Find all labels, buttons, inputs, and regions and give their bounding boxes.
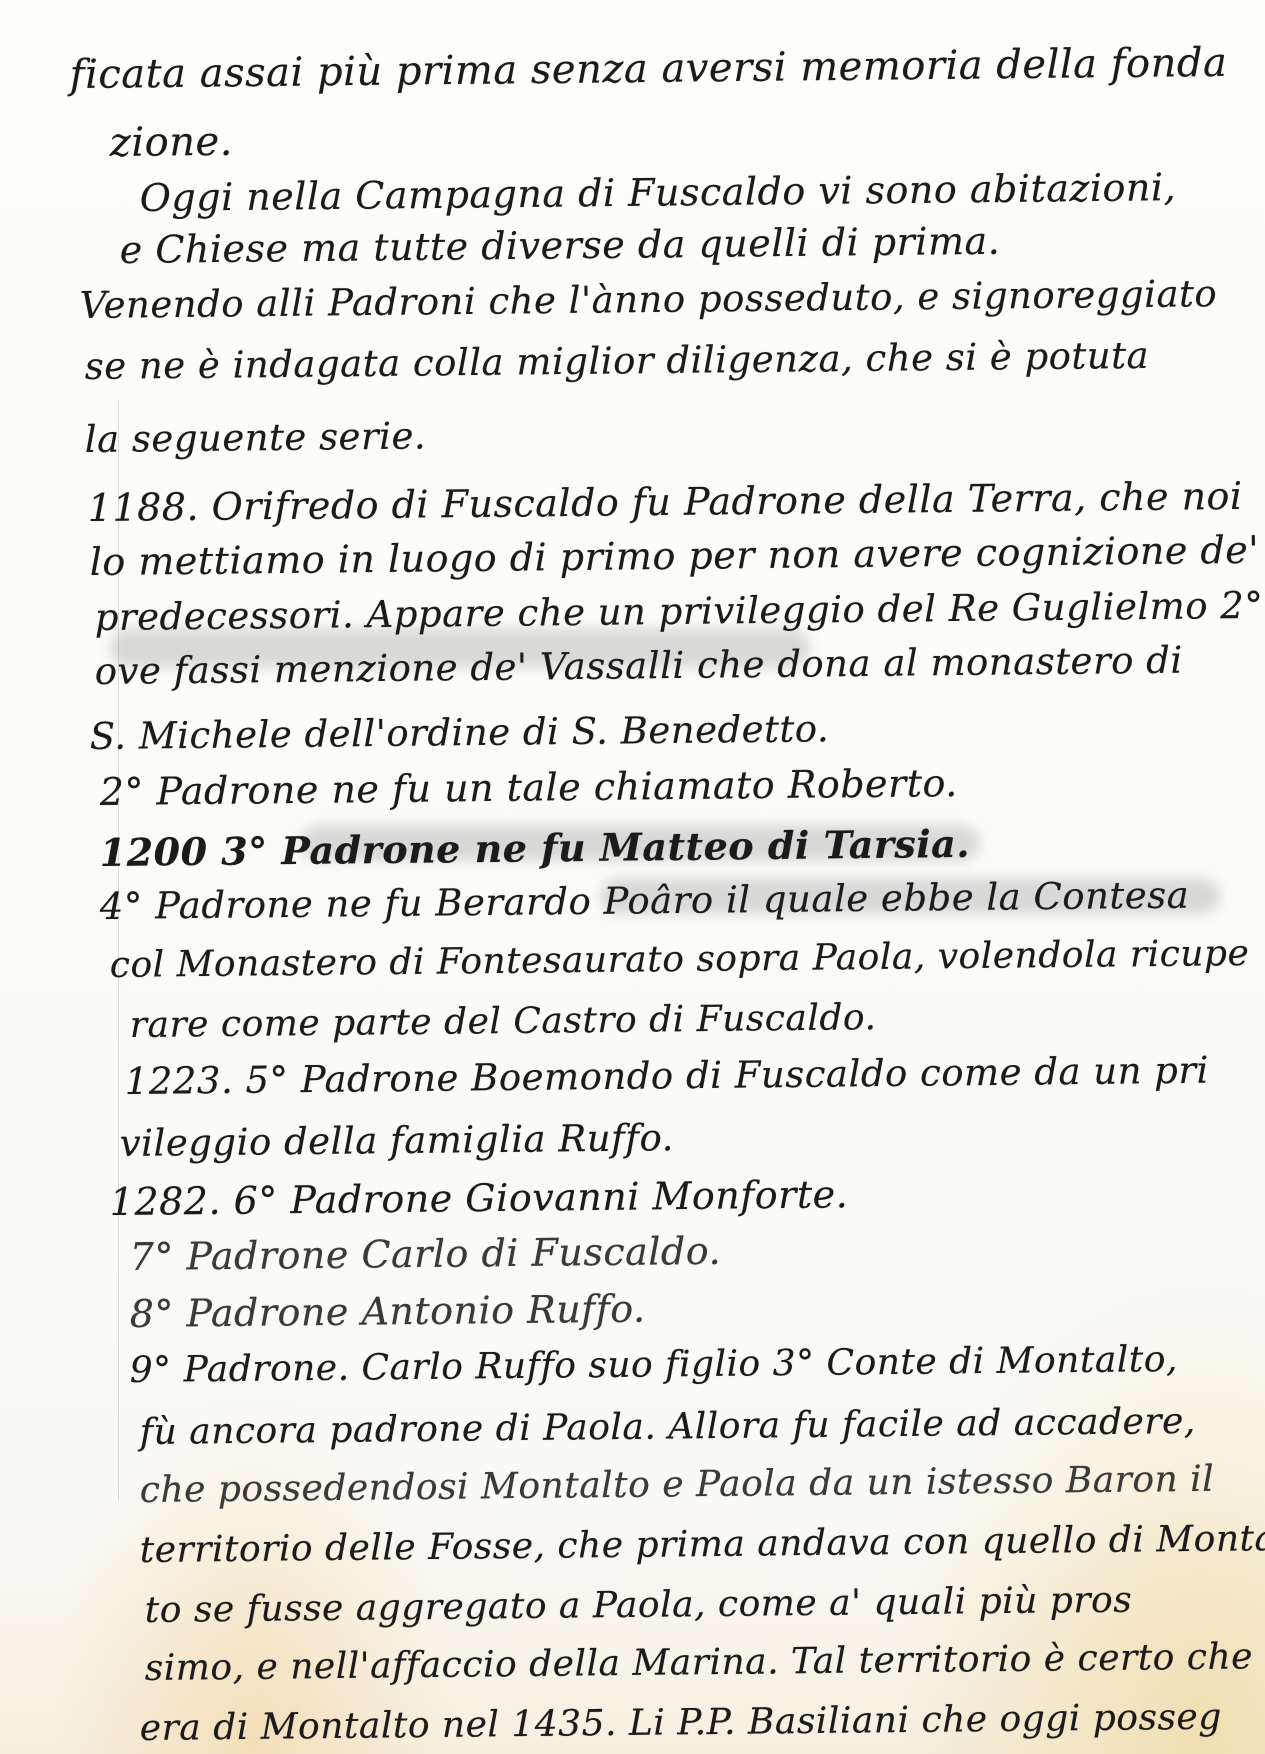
manuscript-line: rare come parte del Castro di Fuscaldo. [130,997,877,1046]
manuscript-line: to se fusse aggregato a Paola, come a' q… [145,1580,1133,1631]
manuscript-line: 4° Padrone ne fu Berardo Poâro il quale … [100,874,1190,928]
manuscript-line: e Chiese ma tutte diverse da quelli di p… [120,219,1001,272]
manuscript-line: territorio delle Fosse, che prima andava… [140,1518,1265,1571]
manuscript-line: lo mettiamo in luogo di primo per non av… [90,528,1260,584]
manuscript-line: col Monastero di Fontesaurato sopra Paol… [110,933,1250,986]
manuscript-line: 1188. Orifredo di Fuscaldo fu Padrone de… [88,474,1243,530]
manuscript-line: Venendo alli Padroni che l'ànno possedut… [80,272,1218,327]
manuscript-line: 2° Padrone ne fu un tale chiamato Robert… [100,761,958,814]
manuscript-line: predecessori. Appare che un privileggio … [95,584,1264,639]
manuscript-line: fù ancora padrone di Paola. Allora fu fa… [140,1401,1196,1453]
manuscript-line: 9° Padrone. Carlo Ruffo suo figlio 3° Co… [130,1339,1179,1391]
manuscript-line: la seguente serie. [85,414,427,461]
manuscript-line: 1223. 5° Padrone Boemondo di Fuscaldo co… [125,1049,1210,1103]
manuscript-line: se ne è indagata colla miglior diligenza… [85,334,1150,388]
manuscript-line: vileggio della famiglia Ruffo. [120,1116,675,1165]
manuscript-line: 1200 3° Padrone ne fu Matteo di Tarsia. [100,821,971,875]
manuscript-line: zione. [110,119,234,166]
manuscript-line: Oggi nella Campagna di Fuscaldo vi sono … [140,165,1177,220]
manuscript-page: ficata assai più prima senza aversi memo… [0,0,1265,1754]
manuscript-line: simo, e nell'affaccio della Marina. Tal … [145,1636,1254,1689]
manuscript-line: 8° Padrone Antonio Ruffo. [130,1287,646,1336]
manuscript-line: era di Montalto nel 1435. Li P.P. Basili… [140,1697,1222,1749]
manuscript-line: ficata assai più prima senza aversi memo… [70,40,1228,98]
manuscript-line: che possedendosi Montalto e Paola da un … [140,1459,1215,1511]
manuscript-line: 7° Padrone Carlo di Fuscaldo. [130,1229,722,1279]
manuscript-line: 1282. 6° Padrone Giovanni Monforte. [110,1172,849,1224]
manuscript-line: S. Michele dell'ordine di S. Benedetto. [90,707,830,758]
